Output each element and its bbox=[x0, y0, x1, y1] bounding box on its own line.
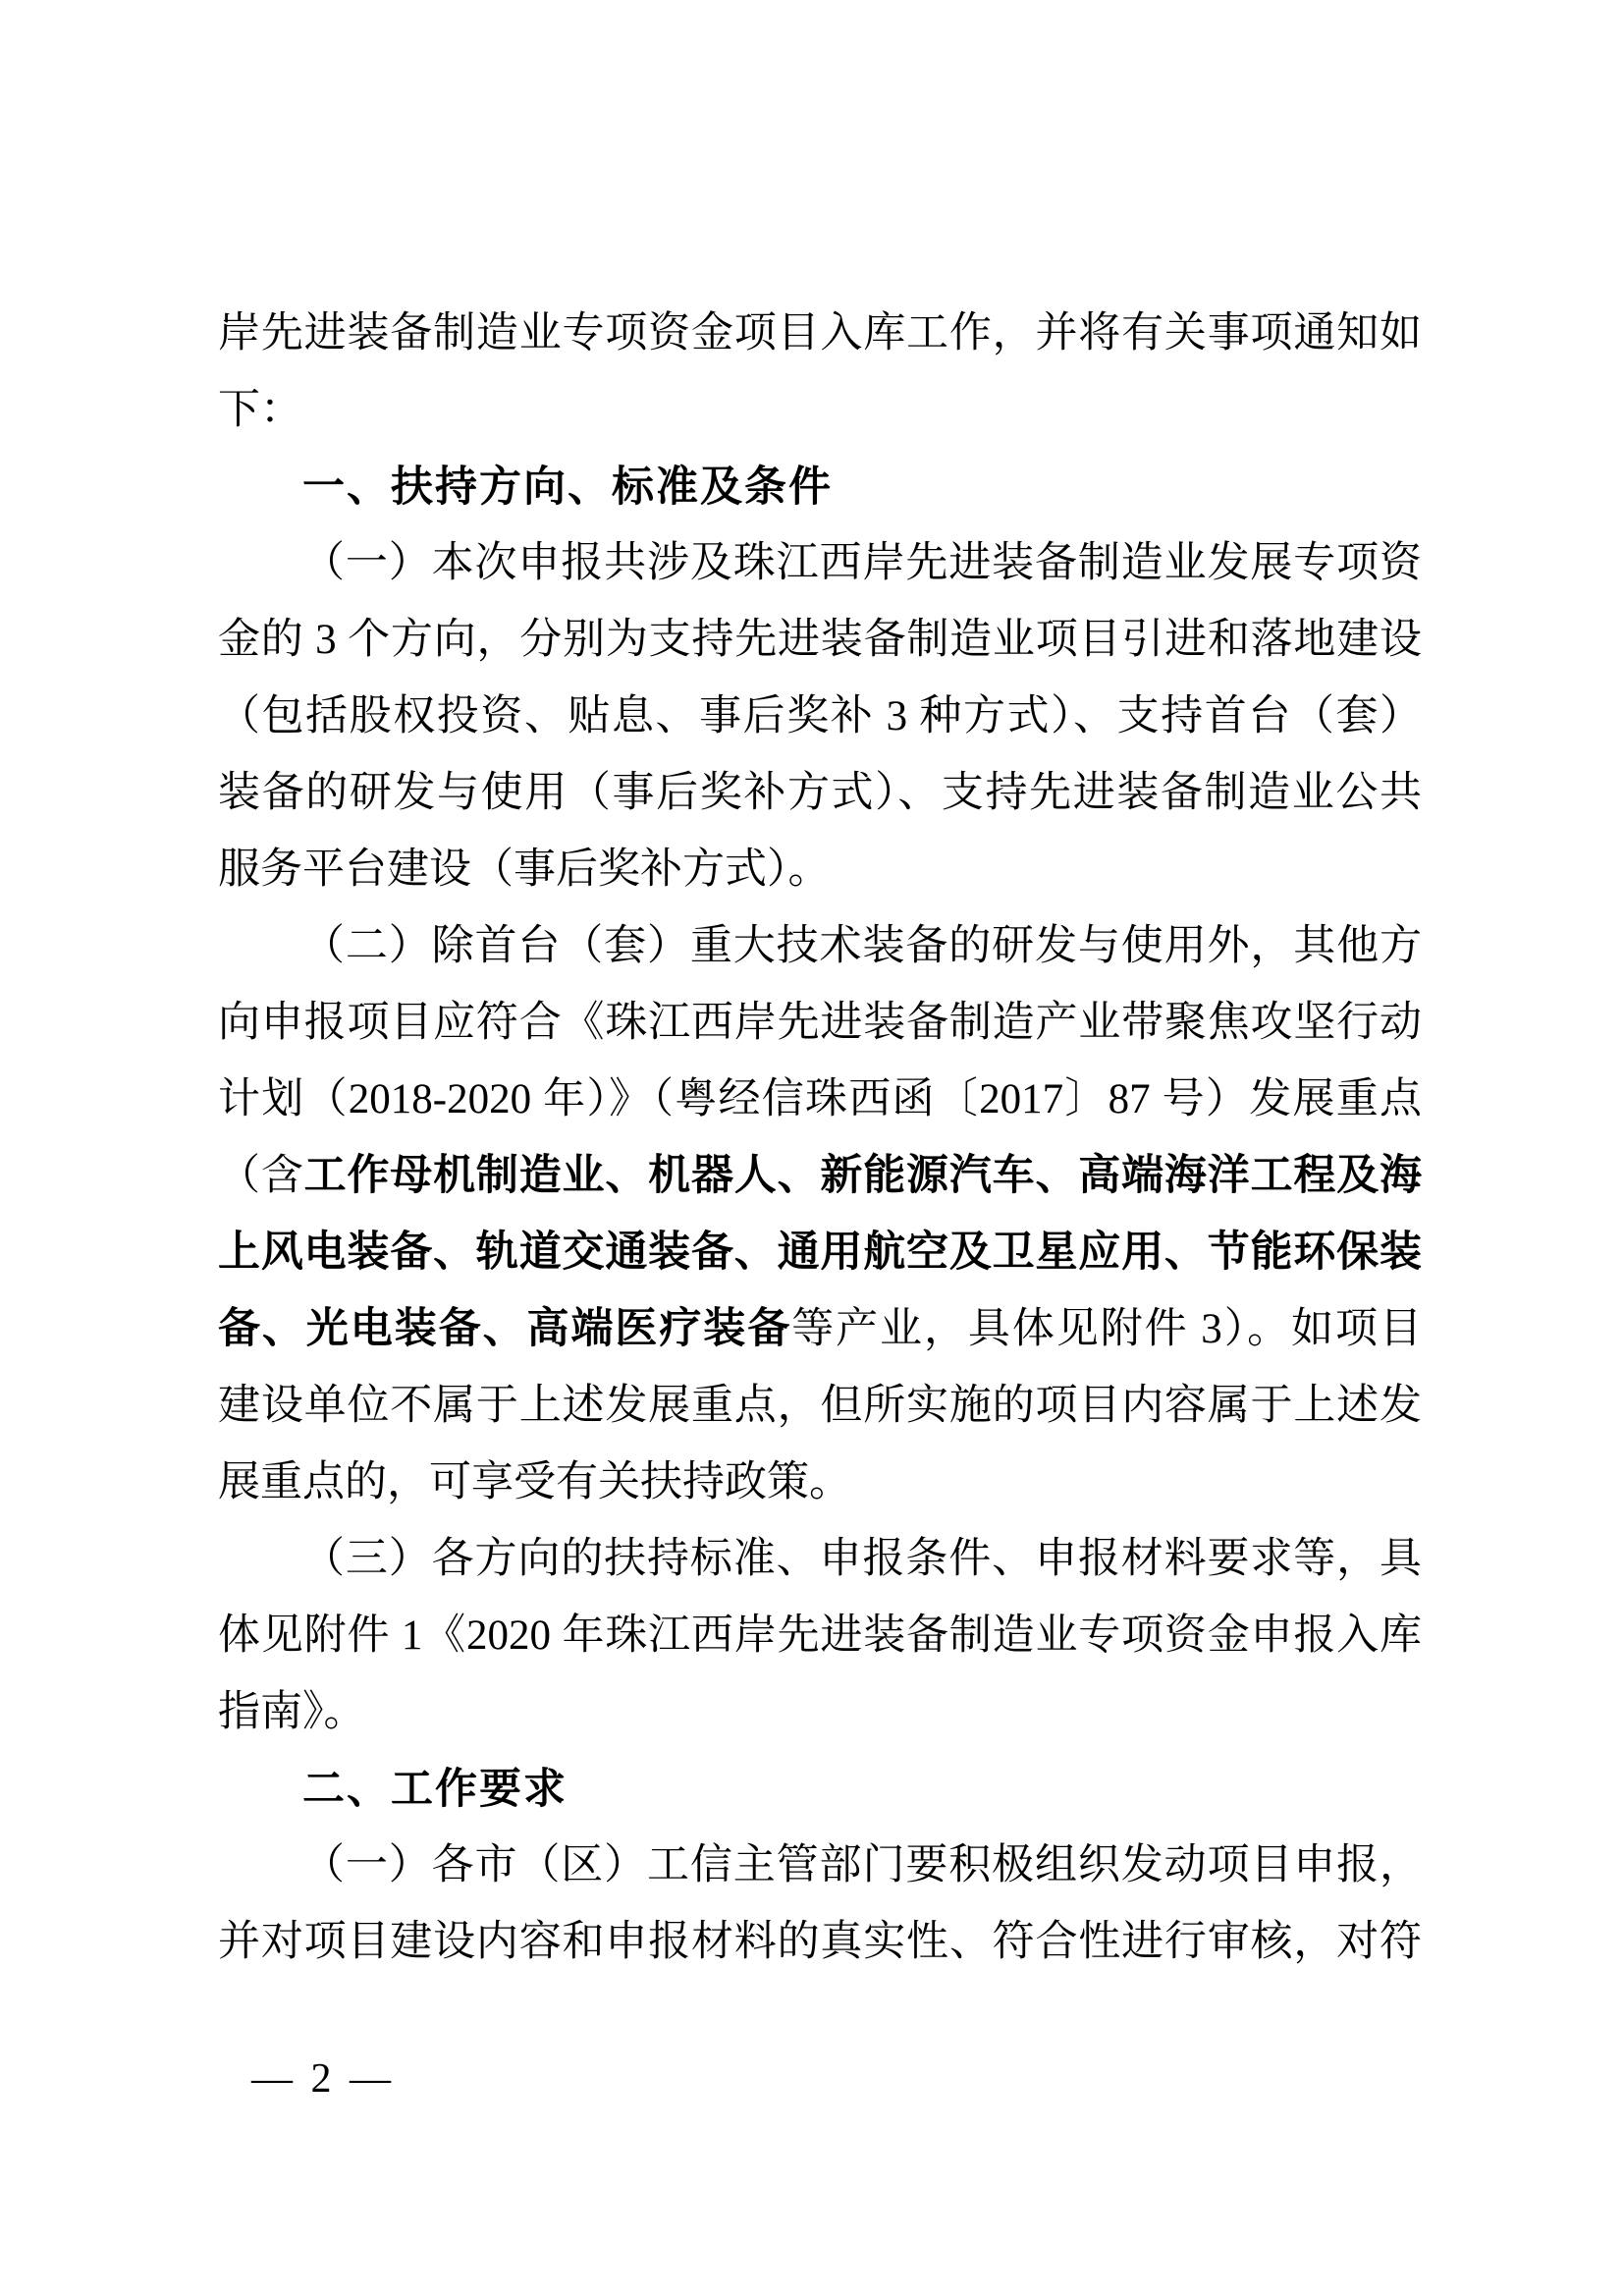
text-run: 指南》。 bbox=[218, 1689, 366, 1735]
page-number: — 2 — bbox=[251, 2049, 395, 2109]
section-heading: 一、扶持方向、标准及条件 bbox=[218, 449, 1422, 525]
text-line: 体见附件 1《2020 年珠江西岸先进装备制造业专项资金申报入库 bbox=[218, 1598, 1422, 1674]
text-line: （一）本次申报共涉及珠江西岸先进装备制造业发展专项资 bbox=[218, 525, 1422, 602]
text-line: 服务平台建设（事后奖补方式）。 bbox=[218, 832, 1422, 908]
text-line: 岸先进装备制造业专项资金项目入库工作，并将有关事项通知如 bbox=[218, 296, 1422, 372]
text-run: （三）各方向的扶持标准、申报条件、申报材料要求等，具 bbox=[302, 1536, 1422, 1582]
text-line: （包括股权投资、贴息、事后奖补 3 种方式）、支持首台（套） bbox=[218, 679, 1422, 755]
text-line: 指南》。 bbox=[218, 1674, 1422, 1751]
text-line: （一）各市（区）工信主管部门要积极组织发动项目申报， bbox=[218, 1828, 1422, 1904]
text-run: （包括股权投资、贴息、事后奖补 3 种方式）、支持首台（套） bbox=[218, 693, 1422, 739]
text-line: 装备的研发与使用（事后奖补方式）、支持先进装备制造业公共 bbox=[218, 755, 1422, 832]
text-line: （三）各方向的扶持标准、申报条件、申报材料要求等，具 bbox=[218, 1521, 1422, 1598]
document-page: 岸先进装备制造业专项资金项目入库工作，并将有关事项通知如下：一、扶持方向、标准及… bbox=[0, 0, 1623, 2296]
document-body: 岸先进装备制造业专项资金项目入库工作，并将有关事项通知如下：一、扶持方向、标准及… bbox=[218, 296, 1422, 1981]
text-line: 计划（2018-2020 年）》（粤经信珠西函〔2017〕87 号）发展重点 bbox=[218, 1062, 1422, 1138]
text-run: 展重点的，可享受有关扶持政策。 bbox=[218, 1459, 851, 1505]
text-line: 上风电装备、轨道交通装备、通用航空及卫星应用、节能环保装 bbox=[218, 1215, 1422, 1291]
text-run: 服务平台建设（事后奖补方式）。 bbox=[218, 847, 831, 893]
text-run: （含 bbox=[218, 1153, 304, 1199]
text-run: （一）本次申报共涉及珠江西岸先进装备制造业发展专项资 bbox=[302, 540, 1422, 586]
text-line: 备、光电装备、高端医疗装备等产业，具体见附件 3）。如项目 bbox=[218, 1291, 1422, 1368]
text-line: 金的 3 个方向，分别为支持先进装备制造业项目引进和落地建设 bbox=[218, 602, 1422, 679]
text-run: （一）各市（区）工信主管部门要积极组织发动项目申报， bbox=[302, 1842, 1422, 1888]
text-run: 向申报项目应符合《珠江西岸先进装备制造产业带聚焦攻坚行动 bbox=[218, 1000, 1422, 1046]
text-line: （二）除首台（套）重大技术装备的研发与使用外，其他方 bbox=[218, 908, 1422, 985]
text-line: 下： bbox=[218, 372, 1422, 449]
text-run: 计划（2018-2020 年）》（粤经信珠西函〔2017〕87 号）发展重点 bbox=[218, 1076, 1422, 1122]
text-run: 装备的研发与使用（事后奖补方式）、支持先进装备制造业公共 bbox=[218, 770, 1422, 816]
text-line: 向申报项目应符合《珠江西岸先进装备制造产业带聚焦攻坚行动 bbox=[218, 985, 1422, 1062]
text-run: （二）除首台（套）重大技术装备的研发与使用外，其他方 bbox=[302, 923, 1422, 969]
text-run: 建设单位不属于上述发展重点，但所实施的项目内容属于上述发 bbox=[218, 1383, 1422, 1429]
text-line: 并对项目建设内容和申报材料的真实性、符合性进行审核，对符 bbox=[218, 1904, 1422, 1981]
text-line: （含工作母机制造业、机器人、新能源汽车、高端海洋工程及海 bbox=[218, 1138, 1422, 1215]
text-run: 一、扶持方向、标准及条件 bbox=[302, 464, 833, 511]
text-run: 体见附件 1《2020 年珠江西岸先进装备制造业专项资金申报入库 bbox=[218, 1613, 1422, 1659]
text-run: 并对项目建设内容和申报材料的真实性、符合性进行审核，对符 bbox=[218, 1919, 1422, 1965]
text-run: 上风电装备、轨道交通装备、通用航空及卫星应用、节能环保装 bbox=[218, 1230, 1422, 1276]
text-line: 建设单位不属于上述发展重点，但所实施的项目内容属于上述发 bbox=[218, 1368, 1422, 1445]
text-run: 金的 3 个方向，分别为支持先进装备制造业项目引进和落地建设 bbox=[218, 617, 1422, 663]
text-run: 岸先进装备制造业专项资金项目入库工作，并将有关事项通知如 bbox=[218, 310, 1422, 356]
text-run: 二、工作要求 bbox=[302, 1766, 568, 1813]
text-run: 等产业，具体见附件 3）。如项目 bbox=[791, 1306, 1422, 1352]
text-run: 备、光电装备、高端医疗装备 bbox=[218, 1306, 791, 1352]
text-run: 工作母机制造业、机器人、新能源汽车、高端海洋工程及海 bbox=[304, 1153, 1422, 1199]
text-run: 下： bbox=[218, 387, 302, 433]
text-line: 展重点的，可享受有关扶持政策。 bbox=[218, 1445, 1422, 1521]
section-heading: 二、工作要求 bbox=[218, 1751, 1422, 1828]
